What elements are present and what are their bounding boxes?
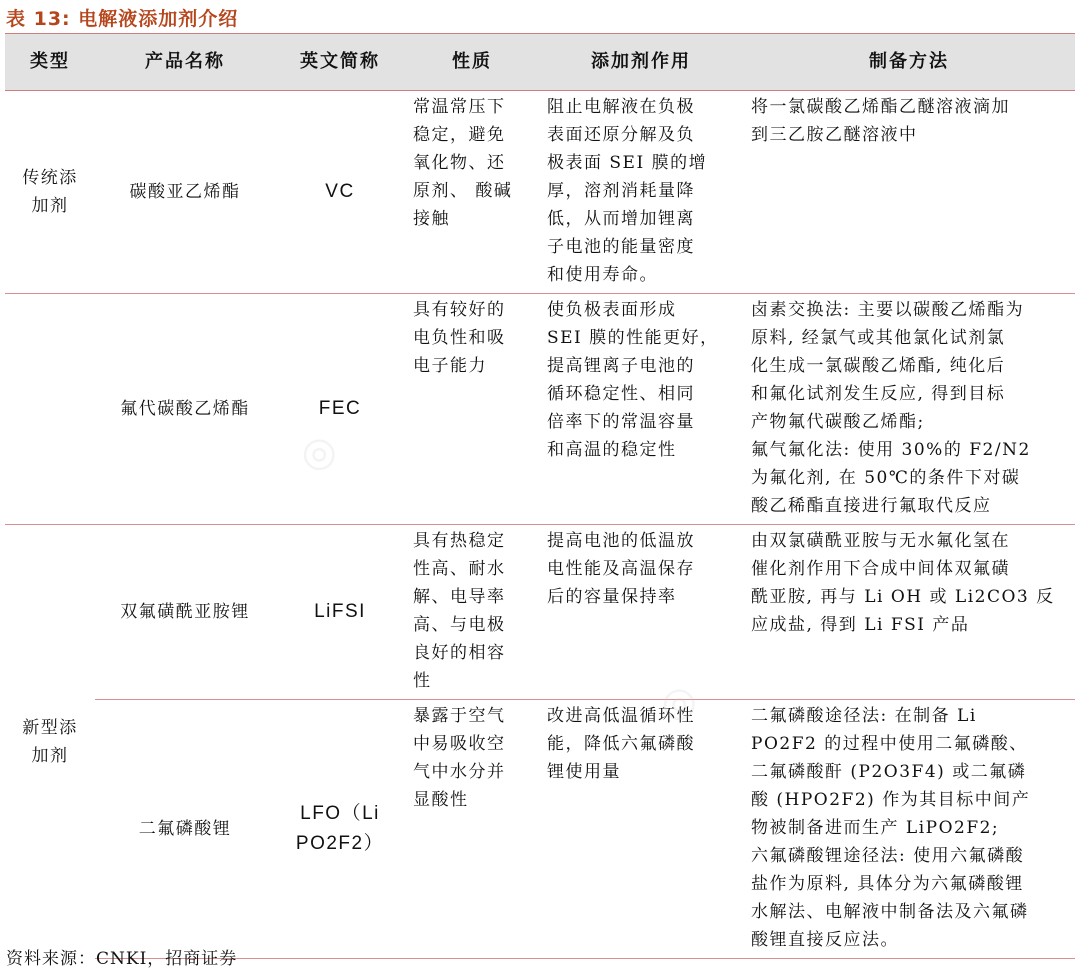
- table-row: 新型添 加剂 双氟磺酰亚胺锂 LiFSI 具有热稳定 性高、耐水 解、电导率 高…: [5, 525, 1075, 700]
- abbr-cell: LFO（Li PO2F2）: [275, 700, 405, 959]
- additives-table: 类型 产品名称 英文简称 性质 添加剂作用 制备方法 传统添 加剂 碳酸亚乙烯酯…: [5, 33, 1075, 959]
- header-function: 添加剂作用: [539, 34, 743, 91]
- table-header-row: 类型 产品名称 英文简称 性质 添加剂作用 制备方法: [5, 34, 1075, 91]
- additives-table-container: 类型 产品名称 英文简称 性质 添加剂作用 制备方法 传统添 加剂 碳酸亚乙烯酯…: [5, 33, 1075, 959]
- property-cell: 具有较好的 电负性和吸 电子能力: [405, 294, 539, 525]
- function-cell: 使负极表面形成 SEI 膜的性能更好， 提高锂离子电池的 循环稳定性、相同 倍率…: [539, 294, 743, 525]
- product-name-cell: 氟代碳酸乙烯酯: [95, 294, 275, 525]
- function-cell: 改进高低温循环性 能，降低六氟磷酸 锂使用量: [539, 700, 743, 959]
- function-cell: 阻止电解液在负极 表面还原分解及负 极表面 SEI 膜的增 厚，溶剂消耗量降 低…: [539, 91, 743, 294]
- source-note: 资料来源：CNKI，招商证券: [6, 944, 237, 969]
- method-cell: 卤素交换法: 主要以碳酸乙烯酯为 原料, 经氯气或其他氯化试剂氯 化生成一氯碳酸…: [743, 294, 1075, 525]
- type-cell: [5, 294, 95, 525]
- property-cell: 常温常压下 稳定，避免 氧化物、还 原剂、 酸碱 接触: [405, 91, 539, 294]
- type-cell: 新型添 加剂: [5, 525, 95, 959]
- header-type: 类型: [5, 34, 95, 91]
- header-product-name: 产品名称: [95, 34, 275, 91]
- abbr-cell: FEC: [275, 294, 405, 525]
- method-cell: 由双氯磺酰亚胺与无水氟化氢在 催化剂作用下合成中间体双氟磺 酰亚胺, 再与 Li…: [743, 525, 1075, 700]
- table-row: 二氟磷酸锂 LFO（Li PO2F2） 暴露于空气 中易吸收空 气中水分并 显酸…: [5, 700, 1075, 959]
- product-name-cell: 二氟磷酸锂: [95, 700, 275, 959]
- method-cell: 二氟磷酸途径法: 在制备 Li PO2F2 的过程中使用二氟磷酸、 二氟磷酸酐 …: [743, 700, 1075, 959]
- header-english-abbr: 英文简称: [275, 34, 405, 91]
- function-cell: 提高电池的低温放 电性能及高温保存 后的容量保持率: [539, 525, 743, 700]
- property-cell: 暴露于空气 中易吸收空 气中水分并 显酸性: [405, 700, 539, 959]
- abbr-cell: LiFSI: [275, 525, 405, 700]
- type-cell: 传统添 加剂: [5, 91, 95, 294]
- table-row: 传统添 加剂 碳酸亚乙烯酯 VC 常温常压下 稳定，避免 氧化物、还 原剂、 酸…: [5, 91, 1075, 294]
- product-name-cell: 碳酸亚乙烯酯: [95, 91, 275, 294]
- table-row: 氟代碳酸乙烯酯 FEC 具有较好的 电负性和吸 电子能力 使负极表面形成 SEI…: [5, 294, 1075, 525]
- table-title: 表 13: 电解液添加剂介绍: [6, 4, 238, 32]
- header-method: 制备方法: [743, 34, 1075, 91]
- property-cell: 具有热稳定 性高、耐水 解、电导率 高、与电极 良好的相容 性: [405, 525, 539, 700]
- header-property: 性质: [405, 34, 539, 91]
- product-name-cell: 双氟磺酰亚胺锂: [95, 525, 275, 700]
- method-cell: 将一氯碳酸乙烯酯乙醚溶液滴加 到三乙胺乙醚溶液中: [743, 91, 1075, 294]
- abbr-cell: VC: [275, 91, 405, 294]
